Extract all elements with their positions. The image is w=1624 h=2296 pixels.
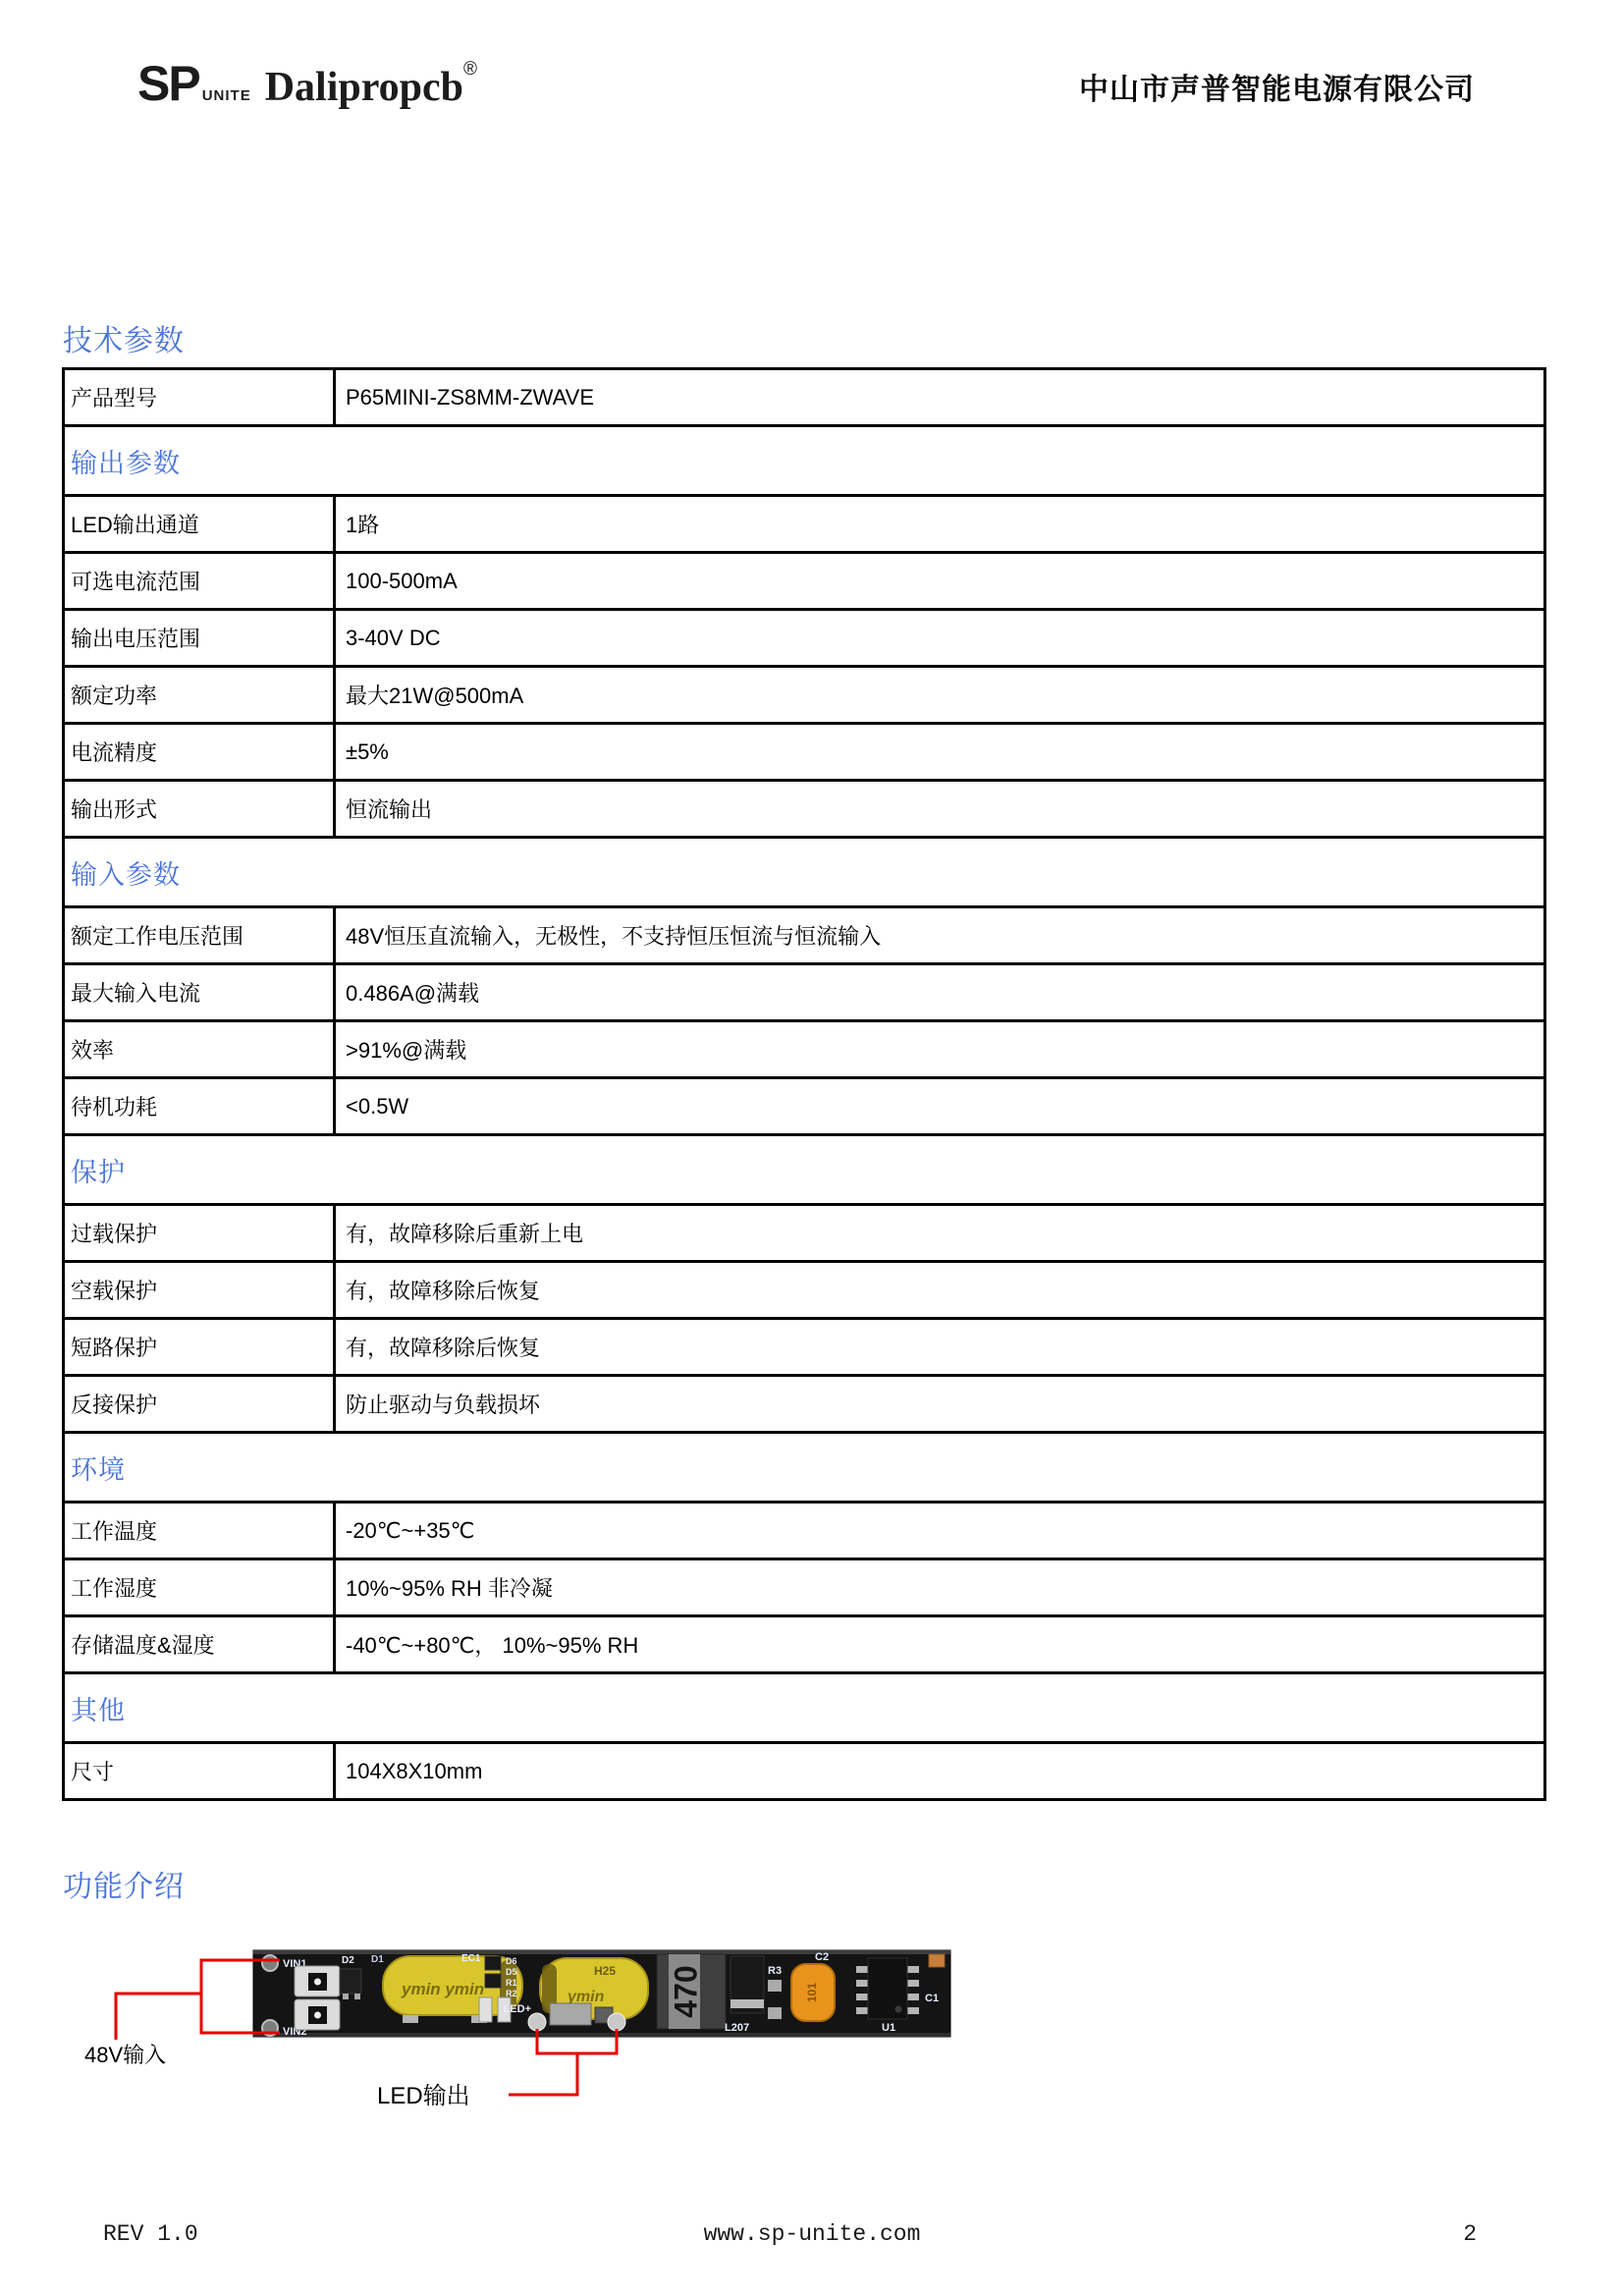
spec-label: 输出形式 [64, 781, 335, 838]
cap2-brand-text: ymin [567, 1989, 605, 2005]
table-section-label: 保护 [64, 1135, 1545, 1205]
spec-label: 最大输入电流 [64, 964, 335, 1021]
silk-r1: R1 [506, 1978, 517, 1988]
tech-params-title: 技术参数 [63, 316, 185, 359]
spec-label: 过载保护 [64, 1205, 335, 1262]
spec-value: 3-40V DC [335, 610, 1545, 667]
led-output-pad-2 [608, 2013, 625, 2031]
logo-brand-text: Dalipropcb [265, 65, 463, 110]
spec-value: 100-500mA [335, 553, 1545, 610]
table-row: 过载保护有，故障移除后重新上电 [64, 1205, 1545, 1262]
spec-label: 额定功率 [64, 667, 335, 724]
company-logo: SPUNITEDalipropcb® [137, 55, 477, 112]
table-row: 空载保护有，故障移除后恢复 [64, 1262, 1545, 1319]
silk-d6: D6 [506, 1956, 517, 1966]
spec-label: 效率 [64, 1021, 335, 1078]
table-row: 存储温度&湿度-40℃~+80℃， 10%~95% RH [64, 1616, 1545, 1673]
silk-l207: L207 [725, 2022, 749, 2034]
table-row: 额定功率最大21W@500mA [64, 667, 1545, 724]
silk-u1: U1 [882, 2022, 895, 2034]
input-annotation-label: 48V输入 [84, 2043, 166, 2067]
logo-unite-text: UNITE [202, 87, 251, 104]
table-row: 额定工作电压范围48V恒压直流输入，无极性，不支持恒压恒流与恒流输入 [64, 907, 1545, 964]
cap2-marking-h25: H25 [594, 1964, 616, 1978]
registered-mark: ® [463, 59, 477, 80]
smd-part-1 [550, 2003, 591, 2025]
spec-value: P65MINI-ZS8MM-ZWAVE [335, 369, 1545, 426]
silk-c2: C2 [815, 1951, 829, 1963]
transistor-d2 [340, 1969, 361, 1994]
spec-label: 额定工作电压范围 [64, 907, 335, 964]
table-row: 待机功耗<0.5W [64, 1078, 1545, 1135]
spec-label: 产品型号 [64, 369, 335, 426]
smd-part-3 [929, 1954, 945, 1967]
silk-ec1: EC1 [461, 1953, 481, 1964]
table-row: 可选电流范围100-500mA [64, 553, 1545, 610]
spec-label: LED输出通道 [64, 496, 335, 553]
spec-value: 48V恒压直流输入，无极性，不支持恒压恒流与恒流输入 [335, 907, 1545, 964]
spec-value: -40℃~+80℃， 10%~95% RH [335, 1616, 1545, 1673]
page-number: 2 [1463, 2221, 1477, 2247]
spec-label: 待机功耗 [64, 1078, 335, 1135]
table-row: 产品型号P65MINI-ZS8MM-ZWAVE [64, 369, 1545, 426]
output-annotation [509, 2029, 617, 2095]
page-footer: REV 1.0 www.sp-unite.com 2 [0, 2221, 1624, 2261]
table-section-row: 输出参数 [64, 426, 1545, 496]
spec-value: 恒流输出 [335, 781, 1545, 838]
spec-value: <0.5W [335, 1078, 1545, 1135]
website-label: www.sp-unite.com [0, 2221, 1624, 2247]
spec-label: 存储温度&湿度 [64, 1616, 335, 1673]
spec-value: 0.486A@满载 [335, 964, 1545, 1021]
table-section-row: 输入参数 [64, 838, 1545, 907]
silk-c1: C1 [925, 1993, 939, 2004]
datasheet-page: SPUNITEDalipropcb® 中山市声普智能电源有限公司 技术参数 产品… [0, 0, 1624, 2296]
pcb-photo-figure: VIN1 VIN2 D2 D1 ymin ymin EC1 D6 D5 R1 [59, 1942, 1021, 2139]
spec-value: -20℃~+35℃ [335, 1503, 1545, 1559]
table-row: 工作温度-20℃~+35℃ [64, 1503, 1545, 1559]
orange-capacitor-c2: 101 [791, 1964, 835, 2021]
table-section-label: 环境 [64, 1433, 1545, 1503]
spec-value: 有，故障移除后恢复 [335, 1319, 1545, 1376]
logo-sp-text: SP [137, 56, 199, 111]
spec-value: 有，故障移除后重新上电 [335, 1205, 1545, 1262]
spec-label: 短路保护 [64, 1319, 335, 1376]
table-row: 工作湿度10%~95% RH 非冷凝 [64, 1559, 1545, 1616]
table-row: 输出电压范围3-40V DC [64, 610, 1545, 667]
spec-value: 防止驱动与负载损坏 [335, 1376, 1545, 1433]
spec-table: 产品型号P65MINI-ZS8MM-ZWAVE输出参数LED输出通道1路可选电流… [62, 367, 1546, 1801]
silk-d1: D1 [371, 1954, 384, 1965]
spec-value: 10%~95% RH 非冷凝 [335, 1559, 1545, 1616]
cap1-brand-text: ymin ymin [401, 1980, 484, 1998]
spec-value: 1路 [335, 496, 1545, 553]
spec-label: 反接保护 [64, 1376, 335, 1433]
table-row: 效率>91%@满载 [64, 1021, 1545, 1078]
led-output-pad-1 [528, 2013, 546, 2031]
spec-label: 空载保护 [64, 1262, 335, 1319]
table-row: 反接保护防止驱动与负载损坏 [64, 1376, 1545, 1433]
spec-value: 有，故障移除后恢复 [335, 1262, 1545, 1319]
table-section-row: 环境 [64, 1433, 1545, 1503]
spec-label: 尺寸 [64, 1743, 335, 1800]
inductor-470: 470 [657, 1954, 726, 2029]
company-name: 中山市声普智能电源有限公司 [1079, 65, 1475, 108]
spec-label: 工作湿度 [64, 1559, 335, 1616]
silk-led-plus: LED+ [504, 2003, 531, 2015]
silk-r3: R3 [768, 1965, 782, 1977]
spec-label: 可选电流范围 [64, 553, 335, 610]
table-section-label: 输出参数 [64, 426, 1545, 496]
table-row: 短路保护有，故障移除后恢复 [64, 1319, 1545, 1376]
silk-d2: D2 [342, 1955, 354, 1966]
inductor-value: 470 [668, 1965, 703, 2017]
table-section-row: 其他 [64, 1673, 1545, 1743]
table-row: 最大输入电流0.486A@满载 [64, 964, 1545, 1021]
table-section-row: 保护 [64, 1135, 1545, 1205]
orange-cap-code: 101 [805, 1983, 819, 2002]
spec-value: >91%@满载 [335, 1021, 1545, 1078]
table-row: LED输出通道1路 [64, 496, 1545, 553]
spec-label: 电流精度 [64, 724, 335, 781]
table-row: 尺寸104X8X10mm [64, 1743, 1545, 1800]
resistor-white-1 [479, 1997, 492, 2022]
spec-table-body: 产品型号P65MINI-ZS8MM-ZWAVE输出参数LED输出通道1路可选电流… [64, 369, 1545, 1800]
table-section-label: 输入参数 [64, 838, 1545, 907]
spec-value: 104X8X10mm [335, 1743, 1545, 1800]
mounting-hole-top [262, 1955, 278, 1971]
table-row: 输出形式恒流输出 [64, 781, 1545, 838]
function-intro-title: 功能介绍 [63, 1862, 185, 1905]
spec-value: ±5% [335, 724, 1545, 781]
table-row: 电流精度±5% [64, 724, 1545, 781]
spec-label: 工作温度 [64, 1503, 335, 1559]
silk-d5: D5 [506, 1967, 517, 1977]
spec-label: 输出电压范围 [64, 610, 335, 667]
output-annotation-label: LED输出 [377, 2083, 470, 2109]
spec-value: 最大21W@500mA [335, 667, 1545, 724]
table-section-label: 其他 [64, 1673, 1545, 1743]
